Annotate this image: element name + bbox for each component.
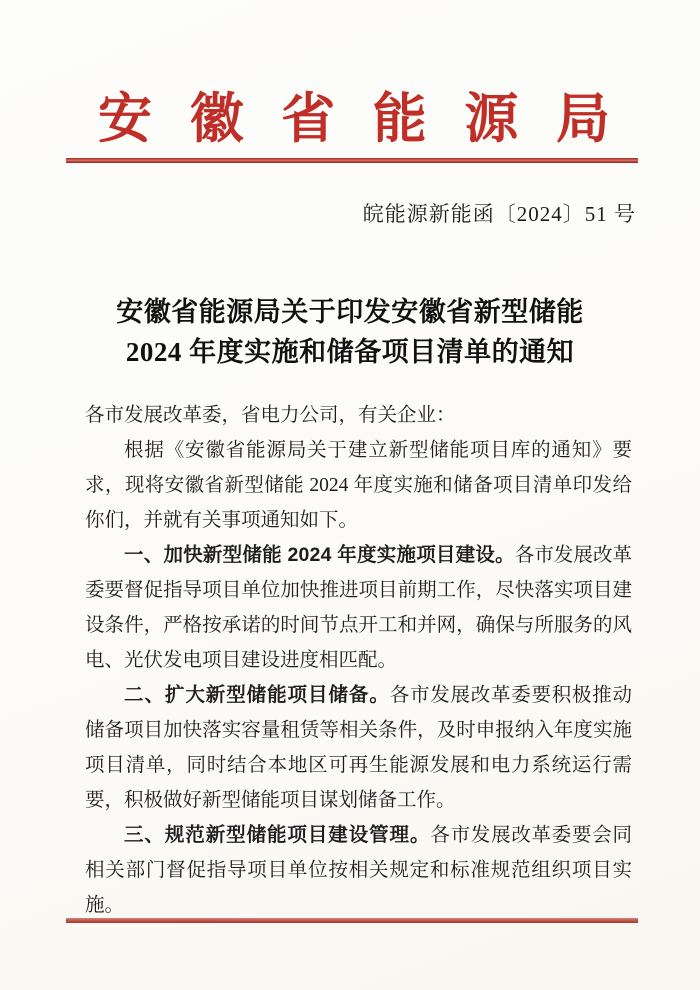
intro-paragraph: 根据《安徽省能源局关于建立新型储能项目库的通知》要求，现将安徽省新型储能 202… — [85, 433, 632, 538]
agency-header: 安 徽 省 能 源 局 — [98, 90, 610, 149]
section-1-heading: 一、加快新型储能 2024 年度实施项目建设。 — [124, 544, 515, 566]
document-page: 安 徽 省 能 源 局 皖能源新能函〔2024〕51 号 安徽省能源局关于印发安… — [0, 0, 700, 990]
agency-header-char: 安 — [98, 90, 152, 149]
agency-header-char: 能 — [373, 90, 427, 149]
section-paragraph-1: 一、加快新型储能 2024 年度实施项目建设。各市发展改革委要督促指导项目单位加… — [85, 538, 632, 678]
agency-header-char: 省 — [281, 90, 335, 149]
agency-header-char: 局 — [556, 90, 610, 149]
agency-header-char: 源 — [464, 90, 518, 149]
section-2-heading: 二、扩大新型储能项目储备。 — [124, 684, 390, 706]
document-body: 各市发展改革委，省电力公司，有关企业： 根据《安徽省能源局关于建立新型储能项目库… — [85, 398, 632, 923]
document-title: 安徽省能源局关于印发安徽省新型储能 2024 年度实施和储备项目清单的通知 — [0, 292, 700, 372]
red-rule-bottom — [66, 918, 638, 923]
section-3-heading: 三、规范新型储能项目建设管理。 — [124, 824, 430, 846]
document-title-line1: 安徽省能源局关于印发安徽省新型储能 — [0, 292, 700, 332]
salutation: 各市发展改革委，省电力公司，有关企业： — [85, 398, 632, 433]
section-paragraph-3: 三、规范新型储能项目建设管理。各市发展改革委要会同相关部门督促指导项目单位按相关… — [85, 818, 632, 923]
red-rule-top — [66, 158, 638, 163]
section-paragraph-2: 二、扩大新型储能项目储备。各市发展改革委要积极推动储备项目加快落实容量租赁等相关… — [85, 678, 632, 818]
doc-number: 皖能源新能函〔2024〕51 号 — [363, 199, 636, 229]
agency-header-char: 徽 — [190, 90, 244, 149]
document-title-line2: 2024 年度实施和储备项目清单的通知 — [0, 332, 700, 372]
